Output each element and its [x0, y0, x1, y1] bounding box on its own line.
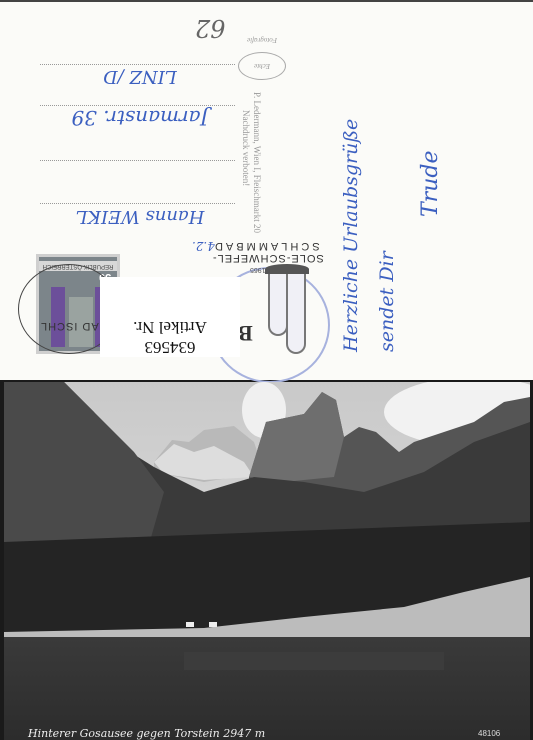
message-line-2: sendet Dir — [376, 251, 398, 352]
address-line-1 — [40, 64, 235, 65]
publisher-imprint: P. Ledermann, Wien I, Fleischmarkt 20 Na… — [240, 92, 262, 233]
photo-number: 48106 — [478, 729, 500, 738]
message-line-1: Herzliche Urlaubsgrüße — [340, 119, 362, 352]
echte-fotografie-logo: Echte Fotografie — [238, 52, 286, 80]
spa-tube-icon — [268, 272, 288, 336]
address-line-3 — [40, 160, 235, 161]
address-city: LINZ /D — [45, 66, 235, 87]
spa-cancel-line-2: SCHLAMMBAD — [212, 240, 320, 252]
postmark-text: BAD ISCHL — [40, 320, 107, 332]
article-title: Artikel Nr. — [100, 317, 240, 337]
corner-note: 62 — [195, 14, 226, 42]
address-line-4 — [40, 203, 235, 204]
spa-tube-cap — [265, 264, 309, 274]
postcard-back: 62 LINZ /D Jarmanstr. 39 Hanns WEIKL Ech… — [0, 0, 533, 380]
photo-caption: Hinterer Gosausee gegen Torstein 2947 m — [28, 727, 265, 740]
article-label-text: 634563 Artikel Nr. — [100, 277, 240, 357]
mountain-lake-photo — [4, 382, 530, 740]
article-label: 634563 Artikel Nr. — [100, 277, 240, 357]
address-street: Jarmanstr. 39 — [45, 106, 235, 130]
publisher-line-1: P. Ledermann, Wien I, Fleischmarkt 20 — [251, 92, 262, 233]
address-name: Hanns WEIKL — [45, 206, 235, 227]
spa-tube-icon — [286, 272, 306, 354]
spa-cancel-year: 1965 — [250, 266, 266, 273]
spa-cancel-line-1: SOLE-SCHWEFEL- — [212, 252, 324, 264]
spa-cancel-letter: B — [238, 320, 253, 346]
message-signature: Trude — [418, 151, 443, 217]
article-number: 634563 — [100, 337, 240, 357]
postcard-photo — [4, 382, 530, 740]
publisher-line-2: Nachdruck verboten! — [240, 92, 251, 233]
